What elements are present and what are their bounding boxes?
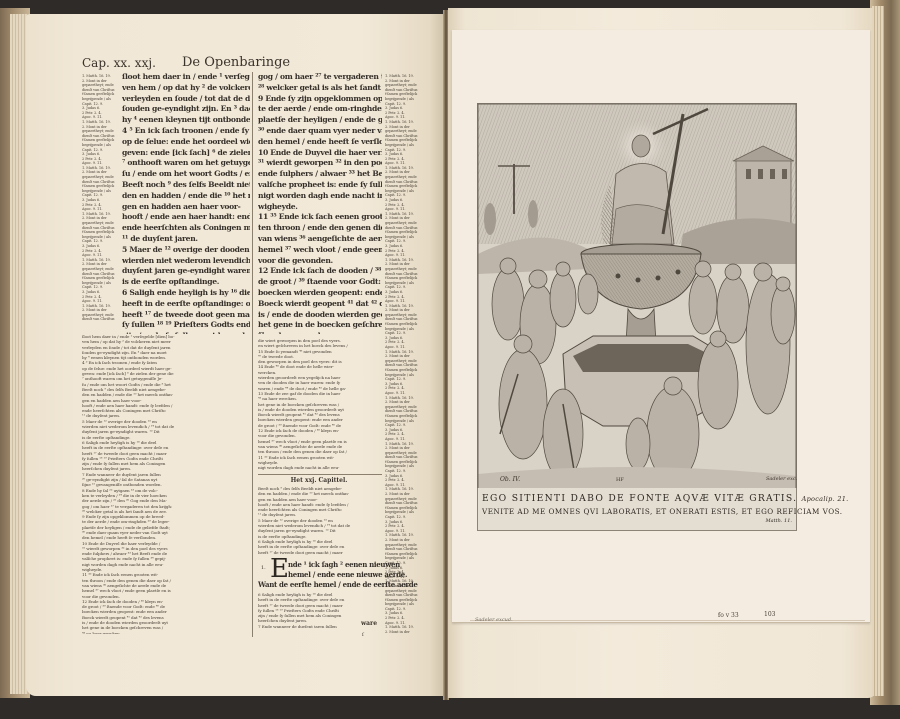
main-text-column-a: ſloot hem daer in / ende ¹ verſegelde [d… [122, 72, 250, 334]
text-line: ſouden ge-eyndight zijn. En ³ daer na mo… [122, 104, 250, 115]
chapter-opening: 1. E nde ¹ ick ſagh ² eenen nieuwen heme… [258, 558, 382, 590]
plate-mark-left: Ob. IV. [500, 476, 520, 483]
open-book: Cap. xx. xxj. De Openbaringe 1. Matth. 1… [0, 0, 900, 719]
text-line: ſy ſullen ¹⁸ ¹⁹ Prieſters Godts ende Chr… [122, 320, 250, 331]
text-line: nigt worden dagh ende nacht in alle eeu- [258, 191, 382, 202]
caption-reference-1: Apocalip. 21. [802, 495, 849, 503]
text-line: ¹¹ de duyſent jaren. [122, 234, 250, 245]
text-line: ende heerſchten als Coningen met Chriſto [122, 223, 250, 234]
text-line: Boeck wierdt geopent ⁴¹ dat ⁴² des leven… [258, 299, 382, 310]
text-line: Beeſt noch ⁹ des ſelfs Beeldt niet aenge… [122, 180, 250, 191]
text-line: van wiens ³⁶ aengeſichte de aerde ende d… [258, 234, 382, 245]
text-line: valſche propheet is: ende ſy ſullen ³⁴ g… [258, 180, 382, 191]
text-line: 9 Ende ſy zijn opgeklommen op de breed- [258, 94, 382, 105]
caption-reference-2: Matth. 11. [766, 518, 792, 524]
text-line: heeft ¹⁷ de tweede doot geen macht / mae… [122, 310, 250, 321]
plate-mark-monogram: HF [616, 477, 624, 483]
text-line: 12 Ende ick ſach de dooden / ³⁸ kleyn en… [258, 266, 382, 277]
text-line: ³¹ wierdt geworpen ³² in den poel des vy… [258, 158, 382, 169]
text-line: 4 ⁵ En ick ſach troonen / ende ſy ſaten [122, 126, 250, 137]
plate-footer-imprint: Sadeler excud. [475, 617, 513, 623]
text-line: het gene in de boecken geſchreven was / [258, 320, 382, 331]
opening-line-1: nde ¹ ick ſagh ² eenen nieuwen [288, 560, 400, 569]
text-line: de groot / ³⁹ ſtaende voor Godt: ende ⁴⁰… [258, 277, 382, 288]
engraving-fountain-of-life [477, 103, 797, 503]
text-line: ſu / ende om het woort Godts / ende die … [122, 169, 250, 180]
text-line: 2. Mont in der [385, 630, 441, 634]
chapter-rule [258, 474, 382, 475]
chapter-heading: Het xxj. Capittel. [258, 477, 380, 484]
engraving-caption: EGO SITIENTI DABO DE FONTE AQVÆ VITÆ GRA… [477, 488, 797, 531]
text-line: 6 Saligh ende heyligh is hy ¹⁶ die deel [122, 288, 250, 299]
text-line: hemel ³⁷ wech vloot / ende geen plaetſe … [258, 245, 382, 256]
text-line: 5 Maer de ¹² overige der dooden ¹³ en [122, 245, 250, 256]
text-line: gen en hadden aen haer voor- [122, 202, 250, 213]
chapter-reference: Cap. xx. xxj. [82, 56, 156, 70]
text-line: plaetſe der heyligen / ende de geliefde … [258, 115, 382, 126]
drop-cap-initial: E [270, 556, 289, 582]
page-stack-right [872, 6, 884, 696]
plate-mark-publisher: Sadeler exc. [766, 476, 797, 482]
text-line: ende ſulphers / alwaer ³³ het Beeſt ende… [258, 169, 382, 180]
text-line: 11 ³⁵ Ende ick ſach eenen grooten wit- [258, 212, 382, 223]
commentary-column-b: die wiert geworpen in den poel des vyers… [258, 338, 382, 472]
text-line: ²⁸ welcker getal is als het ſandt aen de… [258, 83, 382, 94]
text-line: heeft in de eerſte opſtandinge: over deſ… [122, 299, 250, 310]
text-line: wigheyde. [258, 202, 382, 213]
plate-footer-number: 103 [764, 611, 775, 618]
text-line: verleyden en ſoude / tot dat de duyſent … [122, 94, 250, 105]
column-rule [252, 72, 253, 637]
text-line: ⁴³ na haer wercken. [258, 331, 382, 334]
text-line: ⁴³ na haer wercken. [82, 631, 250, 634]
text-line: is de eerſte opſtandinge. [122, 277, 250, 288]
commentary-column-a: ſloot hem daer in / ende ¹ verſegelde [d… [82, 334, 250, 634]
opening-line-3: Want de eerſte hemel / ende de eerſte ae… [258, 580, 418, 589]
chapter-summary: Beeſt noch ⁹ des ſelfs Beeldt niet aenge… [258, 486, 382, 556]
text-line: ³⁰ ende daer quam vyer neder van Godt uy… [258, 126, 382, 137]
text-line: ſloot hem daer in / ende ¹ verſegelde [d… [122, 72, 250, 83]
text-line: den en hadden / ende die ¹⁰ het merck on… [122, 191, 250, 202]
outer-margin-notes: 1. Matth. 16. 19.2. Mont in dergepaerthe… [82, 74, 120, 324]
inner-margin-notes: 1. Matth. 16. 19.2. Mont in dergepaerthe… [385, 74, 441, 634]
text-line: op de ſelue: ende het oordeel wierdt hae… [122, 137, 250, 148]
plate-footer-note: ẜo v 33 [718, 612, 739, 619]
text-line: ten throon / ende den genen die daer op … [258, 223, 382, 234]
text-line: duyſent jaren ge-eyndight waren. ¹⁵ Dit [122, 266, 250, 277]
text-line: hooft / ende aen haer handt: ende ſy lee… [122, 212, 250, 223]
caption-line-1: EGO SITIENTI DABO DE FONTE AQVÆ VITÆ GRA… [482, 493, 849, 504]
text-line: hy ⁴ eenen kleynen tijt ontbonden worden… [122, 115, 250, 126]
text-line: 10 Ende de Duyvel die haer verleydde / [258, 148, 382, 159]
book-title: De Openbaringe [182, 55, 290, 70]
text-line: ven hem / op dat hy ² de volckeren niet … [122, 83, 250, 94]
text-line: ⁷ onthooft waren om het getuygeniſſe Je- [122, 158, 250, 169]
text-line: is / ende de dooden wierden geoordeelt u… [258, 310, 382, 321]
signature-mark: ſ [362, 632, 364, 638]
text-line: wierden niet wederom levendich / ¹⁴ tot … [122, 256, 250, 267]
text-line: boecken wierden geopent: ende een ander [258, 288, 382, 299]
text-line: te der aerde / ende om-ringhden ²⁹ de le… [258, 104, 382, 115]
text-line: geven: ende [ick ſach] ⁶ de zielen der g… [122, 148, 250, 159]
text-line: voor die gevonden. [258, 256, 382, 267]
main-text-column-b: gog / om haer ²⁷ te vergaderen tot den k… [258, 72, 382, 334]
text-line: den hemel / ende heeft ſe verſlonden. [258, 137, 382, 148]
text-line: nigt worden dagh ende nacht in alle eeu- [258, 465, 382, 470]
verse-number: 1. [261, 565, 266, 571]
opening-line-2: hemel / ende eene nieuwe aerde. [288, 570, 407, 579]
plate-footer-rule [470, 620, 865, 621]
text-line: gog / om haer ²⁷ te vergaderen tot den k… [258, 72, 382, 83]
text-line: dienſt van Chriſtus [82, 317, 120, 322]
engraving-illustration [478, 104, 796, 502]
catchword: ware [361, 620, 377, 627]
caption-line-2: VENITE AD ME OMNES QVI LABORATIS, ET ONE… [482, 507, 843, 516]
